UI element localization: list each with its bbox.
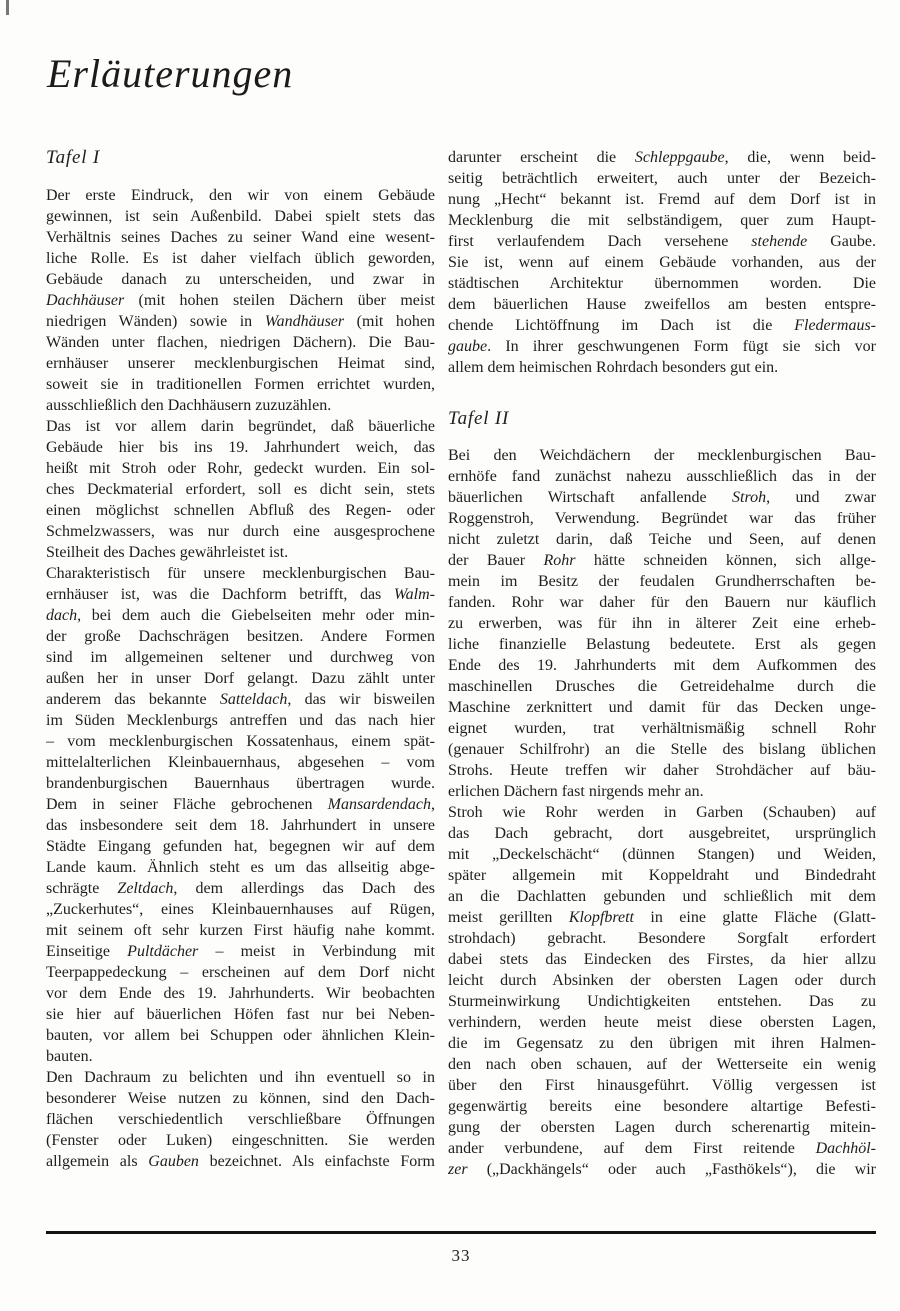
text-line: meist gerillten Klopfbrett in eine glatt… — [448, 907, 876, 928]
text-line: vor dem Ende des 19. Jahrhunderts. Wir b… — [46, 983, 435, 1004]
text-line: eignet wurden, trat verhältnismäßig schn… — [448, 718, 876, 739]
text-line: Der erste Eindruck, den wir von einem Ge… — [46, 185, 435, 206]
text-line: Maschine zerknittert und damit für das D… — [448, 697, 876, 718]
page-number: 33 — [46, 1246, 876, 1266]
text-line: ernhäuser unserer mecklenburgischen Heim… — [46, 353, 435, 374]
text-line: Bei den Weichdächern der mecklenburgisch… — [448, 445, 876, 466]
text-line: ches Deckmaterial erfordert, soll es dic… — [46, 479, 435, 500]
text-columns: Tafel IDer erste Eindruck, den wir von e… — [46, 147, 876, 1180]
paragraph: Bei den Weichdächern der mecklenburgisch… — [448, 445, 876, 802]
text-line: außen her in unser Dorf gelangt. Dazu zä… — [46, 668, 435, 689]
text-line: liche finanzielle Belastung bedeutete. E… — [448, 634, 876, 655]
text-line: Dachhäuser (mit hohen steilen Dächern üb… — [46, 290, 435, 311]
text-line: brandenburgischen Bauernhaus übertragen … — [46, 773, 435, 794]
page-title: Erläuterungen — [47, 50, 293, 97]
text-line: (genauer Schilfrohr) an die Stelle des b… — [448, 739, 876, 760]
text-line: Charakteristisch für unsere mecklenburgi… — [46, 563, 435, 584]
text-line: „Zuckerhutes“, eines Kleinbauernhauses a… — [46, 899, 435, 920]
text-line: Lande kaum. Ähnlich steht es um das alls… — [46, 857, 435, 878]
text-line: bauten, vor allem bei Schuppen oder ähnl… — [46, 1025, 435, 1046]
text-line: ernhäuser ist, was die Dachform betrifft… — [46, 584, 435, 605]
text-line: mit seinem oft sehr kurzen First häufig … — [46, 920, 435, 941]
italic-term: Rohr — [544, 552, 576, 569]
text-line: Sie ist, wenn auf einem Gebäude vorhande… — [448, 252, 876, 273]
text-line: mit „Deckelschächt“ (dünnen Stangen) und… — [448, 844, 876, 865]
section-heading: Tafel II — [448, 408, 876, 429]
text-line: Gebäude danach zu unterscheiden, und zwa… — [46, 269, 435, 290]
text-line: Mecklenburg die mit selbständigem, quer … — [448, 210, 876, 231]
paragraph: Stroh wie Rohr werden in Garben (Schaube… — [448, 802, 876, 1180]
text-line: später allgemein mit Koppeldraht und Bin… — [448, 865, 876, 886]
text-line: erlichen Dächern fast nirgends mehr an. — [448, 781, 876, 802]
text-line: Schmelzwassers, was nur durch eine ausge… — [46, 521, 435, 542]
text-line: liche Rolle. Es ist daher vielfach üblic… — [46, 248, 435, 269]
text-line: heißt mit Stroh oder Rohr, gedeckt wurde… — [46, 458, 435, 479]
text-line: ausschließlich den Dachhäusern zuzuzähle… — [46, 395, 435, 416]
right-column: darunter erscheint die Schleppgaube, die… — [448, 147, 876, 1180]
italic-term: stehende — [751, 233, 807, 250]
italic-term: Dachhöl- — [816, 1140, 876, 1157]
text-line: gegenwärtig bereits eine besondere altar… — [448, 1096, 876, 1117]
text-line: allem dem heimischen Rohrdach besonders … — [448, 357, 876, 378]
text-line: chende Lichtöffnung im Dach ist die Fled… — [448, 315, 876, 336]
text-line: Städte Eingang gefunden hat, begegnen wi… — [46, 836, 435, 857]
italic-term: Klopfbrett — [569, 909, 634, 926]
text-line: schrägte Zeltdach, dem allerdings das Da… — [46, 878, 435, 899]
text-line: fanden. Rohr war daher für den Bauern nu… — [448, 592, 876, 613]
text-line: dabei stets das Eindecken des Firstes, d… — [448, 949, 876, 970]
text-line: dem bäuerlichen Hause zweifellos am best… — [448, 294, 876, 315]
text-line: das insbesondere seit dem 18. Jahrhunder… — [46, 815, 435, 836]
italic-term: Fledermaus- — [794, 317, 876, 334]
text-line: flächen verschiedentlich verschließbare … — [46, 1109, 435, 1130]
text-line: Das ist vor allem darin begründet, daß b… — [46, 416, 435, 437]
text-line: an die Dachlatten gebunden und schließli… — [448, 886, 876, 907]
text-line: leicht durch Absinken der obersten Lagen… — [448, 970, 876, 991]
text-line: ernhöfe fand zunächst nahezu ausschließl… — [448, 466, 876, 487]
text-line: Sturmeinwirkung Undichtigkeiten entstehe… — [448, 991, 876, 1012]
text-line: mein im Besitz der feudalen Grundherrsch… — [448, 571, 876, 592]
footer-rule — [46, 1231, 876, 1234]
italic-term: dach — [46, 607, 77, 624]
text-line: der Bauer Rohr hätte schneiden können, s… — [448, 550, 876, 571]
text-line: Steilheit des Daches gewährleistet ist. — [46, 542, 435, 563]
text-line: Stroh wie Rohr werden in Garben (Schaube… — [448, 802, 876, 823]
text-line: nicht zuletzt darin, daß Teiche und Seen… — [448, 529, 876, 550]
text-line: zu erwerben, was für ihn in älterer Zeit… — [448, 613, 876, 634]
text-line: besonderer Weise nutzen zu können, sind … — [46, 1088, 435, 1109]
text-line: darunter erscheint die Schleppgaube, die… — [448, 147, 876, 168]
italic-term: gaube — [448, 338, 487, 355]
text-line: der große Dachschrägen besitzen. Andere … — [46, 626, 435, 647]
text-line: das Dach gebracht, dort ausgebreitet, ur… — [448, 823, 876, 844]
text-line: Dem in seiner Fläche gebrochenen Mansard… — [46, 794, 435, 815]
book-page: Erläuterungen Tafel IDer erste Eindruck,… — [0, 0, 900, 1311]
text-line: dach, bei dem auch die Giebelseiten mehr… — [46, 605, 435, 626]
italic-term: Walm- — [394, 586, 435, 603]
section-heading: Tafel I — [46, 147, 435, 168]
text-line: ander verbundene, auf dem First reitende… — [448, 1138, 876, 1159]
text-line: über den First hinausgeführt. Völlig ver… — [448, 1075, 876, 1096]
text-line: Ende des 19. Jahrhunderts mit dem Aufkom… — [448, 655, 876, 676]
text-line: – vom mecklenburgischen Kossatenhaus, ei… — [46, 731, 435, 752]
text-line: niedrigen Wänden) sowie in Wandhäuser (m… — [46, 311, 435, 332]
italic-term: Wandhäuser — [265, 313, 344, 330]
text-line: Teerpappedeckung – erscheinen auf dem Do… — [46, 962, 435, 983]
text-line: Einseitige Pultdächer – meist in Verbind… — [46, 941, 435, 962]
paragraph: Charakteristisch für unsere mecklenburgi… — [46, 563, 435, 1067]
text-line: (Fenster oder Luken) eingeschnitten. Sie… — [46, 1130, 435, 1151]
text-line: Den Dachraum zu belichten und ihn eventu… — [46, 1067, 435, 1088]
text-line: nung „Hecht“ bekannt ist. Fremd auf dem … — [448, 189, 876, 210]
text-line: soweit sie in traditionellen Formen erri… — [46, 374, 435, 395]
paragraph: darunter erscheint die Schleppgaube, die… — [448, 147, 876, 378]
text-line: gewinnen, ist sein Außenbild. Dabei spie… — [46, 206, 435, 227]
italic-term: Satteldach — [220, 691, 288, 708]
text-line: mittelalterlichen Kleinbauernhaus, abges… — [46, 752, 435, 773]
text-line: anderem das bekannte Satteldach, das wir… — [46, 689, 435, 710]
text-line: verhindern, werden heute meist diese obe… — [448, 1012, 876, 1033]
italic-term: Dachhäuser — [46, 292, 124, 309]
paragraph: Der erste Eindruck, den wir von einem Ge… — [46, 185, 435, 416]
italic-term: Mansardendach — [328, 796, 431, 813]
italic-term: Schleppgaube — [635, 149, 725, 166]
text-line: Strohs. Heute treffen wir daher Strohdäc… — [448, 760, 876, 781]
text-line: städtischen Architektur übernommen worde… — [448, 273, 876, 294]
text-line: maschinellen Drusches die Getreidehalme … — [448, 676, 876, 697]
text-line: sind im allgemeinen seltener und durchwe… — [46, 647, 435, 668]
paragraph: Den Dachraum zu belichten und ihn eventu… — [46, 1067, 435, 1172]
italic-term: Zeltdach — [117, 880, 173, 897]
text-line: Gebäude hier bis ins 19. Jahrhundert wei… — [46, 437, 435, 458]
text-line: die im Gegensatz zu den übrigen mit ihre… — [448, 1033, 876, 1054]
text-line: strohdach) gebracht. Besondere Sorgfalt … — [448, 928, 876, 949]
text-line: bäuerlichen Wirtschaft anfallende Stroh,… — [448, 487, 876, 508]
text-line: seitig beträchtlich erweitert, auch unte… — [448, 168, 876, 189]
text-line: bauten. — [46, 1046, 435, 1067]
text-line: Roggenstroh, Verwendung. Begründet war d… — [448, 508, 876, 529]
print-artifact-mark — [6, 0, 9, 15]
text-line: im Süden Mecklenburgs antreffen und das … — [46, 710, 435, 731]
text-line: zer („Dackhängels“ oder auch „Fasthökels… — [448, 1159, 876, 1180]
italic-term: zer — [448, 1161, 468, 1178]
paragraph: Das ist vor allem darin begründet, daß b… — [46, 416, 435, 563]
text-line: gaube. In ihrer geschwungenen Form fügt … — [448, 336, 876, 357]
text-line: Verhältnis seines Daches zu seiner Wand … — [46, 227, 435, 248]
text-line: den nach oben schauen, auf der Wettersei… — [448, 1054, 876, 1075]
text-line: einen möglichst schnellen Abfluß des Reg… — [46, 500, 435, 521]
text-line: Wänden unter flachen, niedrigen Dächern)… — [46, 332, 435, 353]
text-line: gung der obersten Lagen durch scherenart… — [448, 1117, 876, 1138]
italic-term: Gauben — [148, 1153, 199, 1170]
text-line: allgemein als Gauben bezeichnet. Als ein… — [46, 1151, 435, 1172]
text-line: sie hier auf bäuerlichen Höfen fast nur … — [46, 1004, 435, 1025]
italic-term: Stroh — [732, 489, 766, 506]
left-column: Tafel IDer erste Eindruck, den wir von e… — [46, 147, 435, 1172]
text-line: first verlaufendem Dach versehene stehen… — [448, 231, 876, 252]
italic-term: Pultdächer — [127, 943, 198, 960]
